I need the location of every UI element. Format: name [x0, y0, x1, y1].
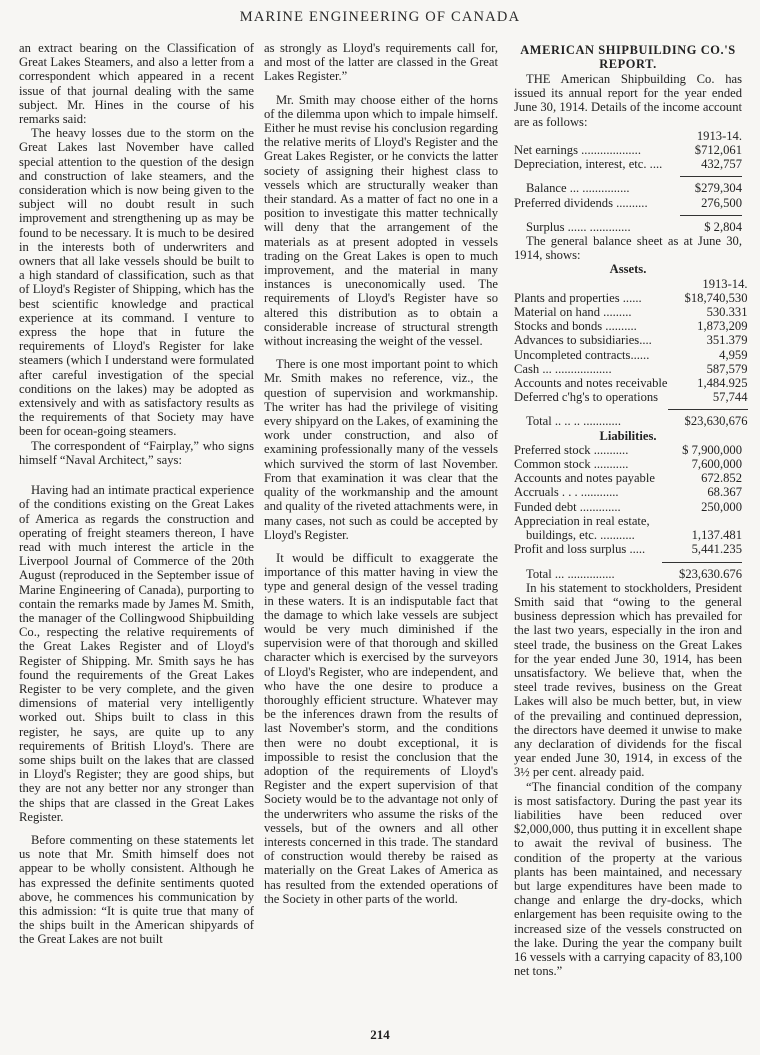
row-amount: 1,137.481 — [659, 528, 742, 542]
table-row: Material on hand ......... 530.331 — [514, 305, 748, 319]
row-label: Uncompleted contracts...... — [514, 348, 668, 362]
row-amount: 1,484.925 — [668, 376, 748, 390]
row-label: Net earnings ................... — [514, 143, 675, 157]
table-row: Uncompleted contracts...... 4,959 — [514, 348, 748, 362]
table-row: Stocks and bonds .......... 1,873,209 — [514, 319, 748, 333]
table-row: Advances to subsidiaries.... 351.379 — [514, 333, 748, 347]
table-row: Appreciation in real estate, — [514, 514, 742, 528]
table-row: Accounts and notes payable 672.852 — [514, 471, 742, 485]
row-label: Depreciation, interest, etc. .... — [514, 157, 675, 171]
row-amount: 587,579 — [668, 362, 748, 376]
row-label: Preferred dividends .......... — [514, 196, 675, 210]
assets-total-amount: $23,630,676 — [668, 414, 748, 428]
row-amount: 68.367 — [659, 485, 742, 499]
row-label: Accounts and notes payable — [514, 471, 659, 485]
right-column: AMERICAN SHIPBUILDING CO.'S REPORT. THE … — [514, 41, 742, 978]
row-amount: 530.331 — [668, 305, 748, 319]
table-row: Accruals . . . ............ 68.367 — [514, 485, 742, 499]
paragraph: There is one most important point to whi… — [264, 357, 498, 542]
liabilities-total-amount: $23,630.676 — [659, 567, 742, 581]
report-title: AMERICAN SHIPBUILDING CO.'S REPORT. — [514, 43, 742, 71]
page-number: 214 — [0, 1027, 760, 1043]
table-row: Preferred dividends .......... 276,500 — [514, 196, 742, 210]
table-row: buildings, etc. ........... 1,137.481 — [514, 528, 742, 542]
sum-rule — [680, 176, 742, 177]
paragraph: as strongly as Lloyd's requirements call… — [264, 41, 498, 84]
paragraph: an extract bearing on the Classification… — [19, 41, 254, 126]
table-row: Cash ... .................. 587,579 — [514, 362, 748, 376]
row-amount: $712,061 — [675, 143, 742, 157]
row-amount: 7,600,000 — [659, 457, 742, 471]
row-label: Advances to subsidiaries.... — [514, 333, 668, 347]
row-label: Plants and properties ...... — [514, 291, 668, 305]
balance-label: Balance ... ............... — [514, 181, 675, 195]
row-label: Preferred stock ........... — [514, 443, 659, 457]
paragraph: Before commenting on these statements le… — [19, 833, 254, 947]
row-amount: 1,873,209 — [668, 319, 748, 333]
paragraph: It would be difficult to exaggerate the … — [264, 551, 498, 906]
surplus-label: Surplus ...... ............. — [514, 220, 675, 234]
row-amount: 276,500 — [675, 196, 742, 210]
sum-rule — [668, 409, 748, 410]
left-column: an extract bearing on the Classification… — [19, 41, 254, 947]
row-amount: $18,740,530 — [668, 291, 748, 305]
row-label: Profit and loss surplus ..... — [514, 542, 659, 556]
table-row: Surplus ...... ............. $ 2,804 — [514, 220, 742, 234]
year-header: 1913-14. — [675, 129, 742, 143]
paragraph: Having had an intimate practical experie… — [19, 483, 254, 824]
balance-amount: $279,304 — [675, 181, 742, 195]
row-amount — [659, 514, 742, 528]
row-label: Accruals . . . ............ — [514, 485, 659, 499]
table-row: Balance ... ............... $279,304 — [514, 181, 742, 195]
row-label: buildings, etc. ........... — [514, 528, 659, 542]
row-label: Appreciation in real estate, — [514, 514, 659, 528]
sum-rule — [680, 215, 742, 216]
table-row: Funded debt ............. 250,000 — [514, 500, 742, 514]
row-amount: $ 7,900,000 — [659, 443, 742, 457]
table-row: Total ... ............... $23,630.676 — [514, 567, 742, 581]
table-row: Plants and properties ...... $18,740,530 — [514, 291, 748, 305]
paragraph: The heavy losses due to the storm on the… — [19, 126, 254, 438]
table-row: Common stock ........... 7,600,000 — [514, 457, 742, 471]
row-amount: 5,441.235 — [659, 542, 742, 556]
table-row: Accounts and notes receivable 1,484.925 — [514, 376, 748, 390]
row-amount: 57,744 — [668, 390, 748, 404]
table-row: Depreciation, interest, etc. .... 432,75… — [514, 157, 742, 171]
row-label: Accounts and notes receivable — [514, 376, 668, 390]
middle-column: as strongly as Lloyd's requirements call… — [264, 41, 498, 906]
balance-sheet-intro: The general balance sheet as at June 30,… — [514, 234, 742, 262]
table-row: Deferred c'hg's to operations 57,744 — [514, 390, 748, 404]
paragraph: In his statement to stockholders, Presid… — [514, 581, 742, 780]
row-label: Cash ... .................. — [514, 362, 668, 376]
surplus-amount: $ 2,804 — [675, 220, 742, 234]
report-intro: THE American Shipbuilding Co. has issued… — [514, 72, 742, 129]
income-account-table: 1913-14. Net earnings ..................… — [514, 129, 742, 234]
sum-rule — [662, 562, 742, 563]
row-amount: 432,757 — [675, 157, 742, 171]
row-label: Funded debt ............. — [514, 500, 659, 514]
row-amount: 351.379 — [668, 333, 748, 347]
row-amount: 4,959 — [668, 348, 748, 362]
paragraph: Mr. Smith may choose either of the horns… — [264, 93, 498, 349]
paragraph: “The financial condition of the company … — [514, 780, 742, 979]
row-amount: 250,000 — [659, 500, 742, 514]
assets-total-label: Total .. .. .. ............ — [514, 414, 668, 428]
row-label: Material on hand ......... — [514, 305, 668, 319]
table-row: Total .. .. .. ............ $23,630,676 — [514, 414, 748, 428]
assets-heading: Assets. — [514, 262, 742, 276]
liabilities-table: Preferred stock ........... $ 7,900,000 … — [514, 443, 742, 581]
year-header: 1913-14. — [668, 277, 748, 291]
row-label: Deferred c'hg's to operations — [514, 390, 668, 404]
table-row: Net earnings ................... $712,06… — [514, 143, 742, 157]
row-label: Common stock ........... — [514, 457, 659, 471]
document-page: MARINE ENGINEERING OF CANADA an extract … — [0, 0, 760, 1055]
row-amount: 672.852 — [659, 471, 742, 485]
running-title: MARINE ENGINEERING OF CANADA — [0, 9, 760, 26]
paragraph: The correspondent of “Fairplay,” who sig… — [19, 439, 254, 467]
liabilities-heading: Liabilities. — [514, 429, 742, 443]
liabilities-total-label: Total ... ............... — [514, 567, 659, 581]
table-row: Profit and loss surplus ..... 5,441.235 — [514, 542, 742, 556]
table-row: Preferred stock ........... $ 7,900,000 — [514, 443, 742, 457]
row-label: Stocks and bonds .......... — [514, 319, 668, 333]
assets-table: 1913-14. Plants and properties ...... $1… — [514, 277, 748, 429]
